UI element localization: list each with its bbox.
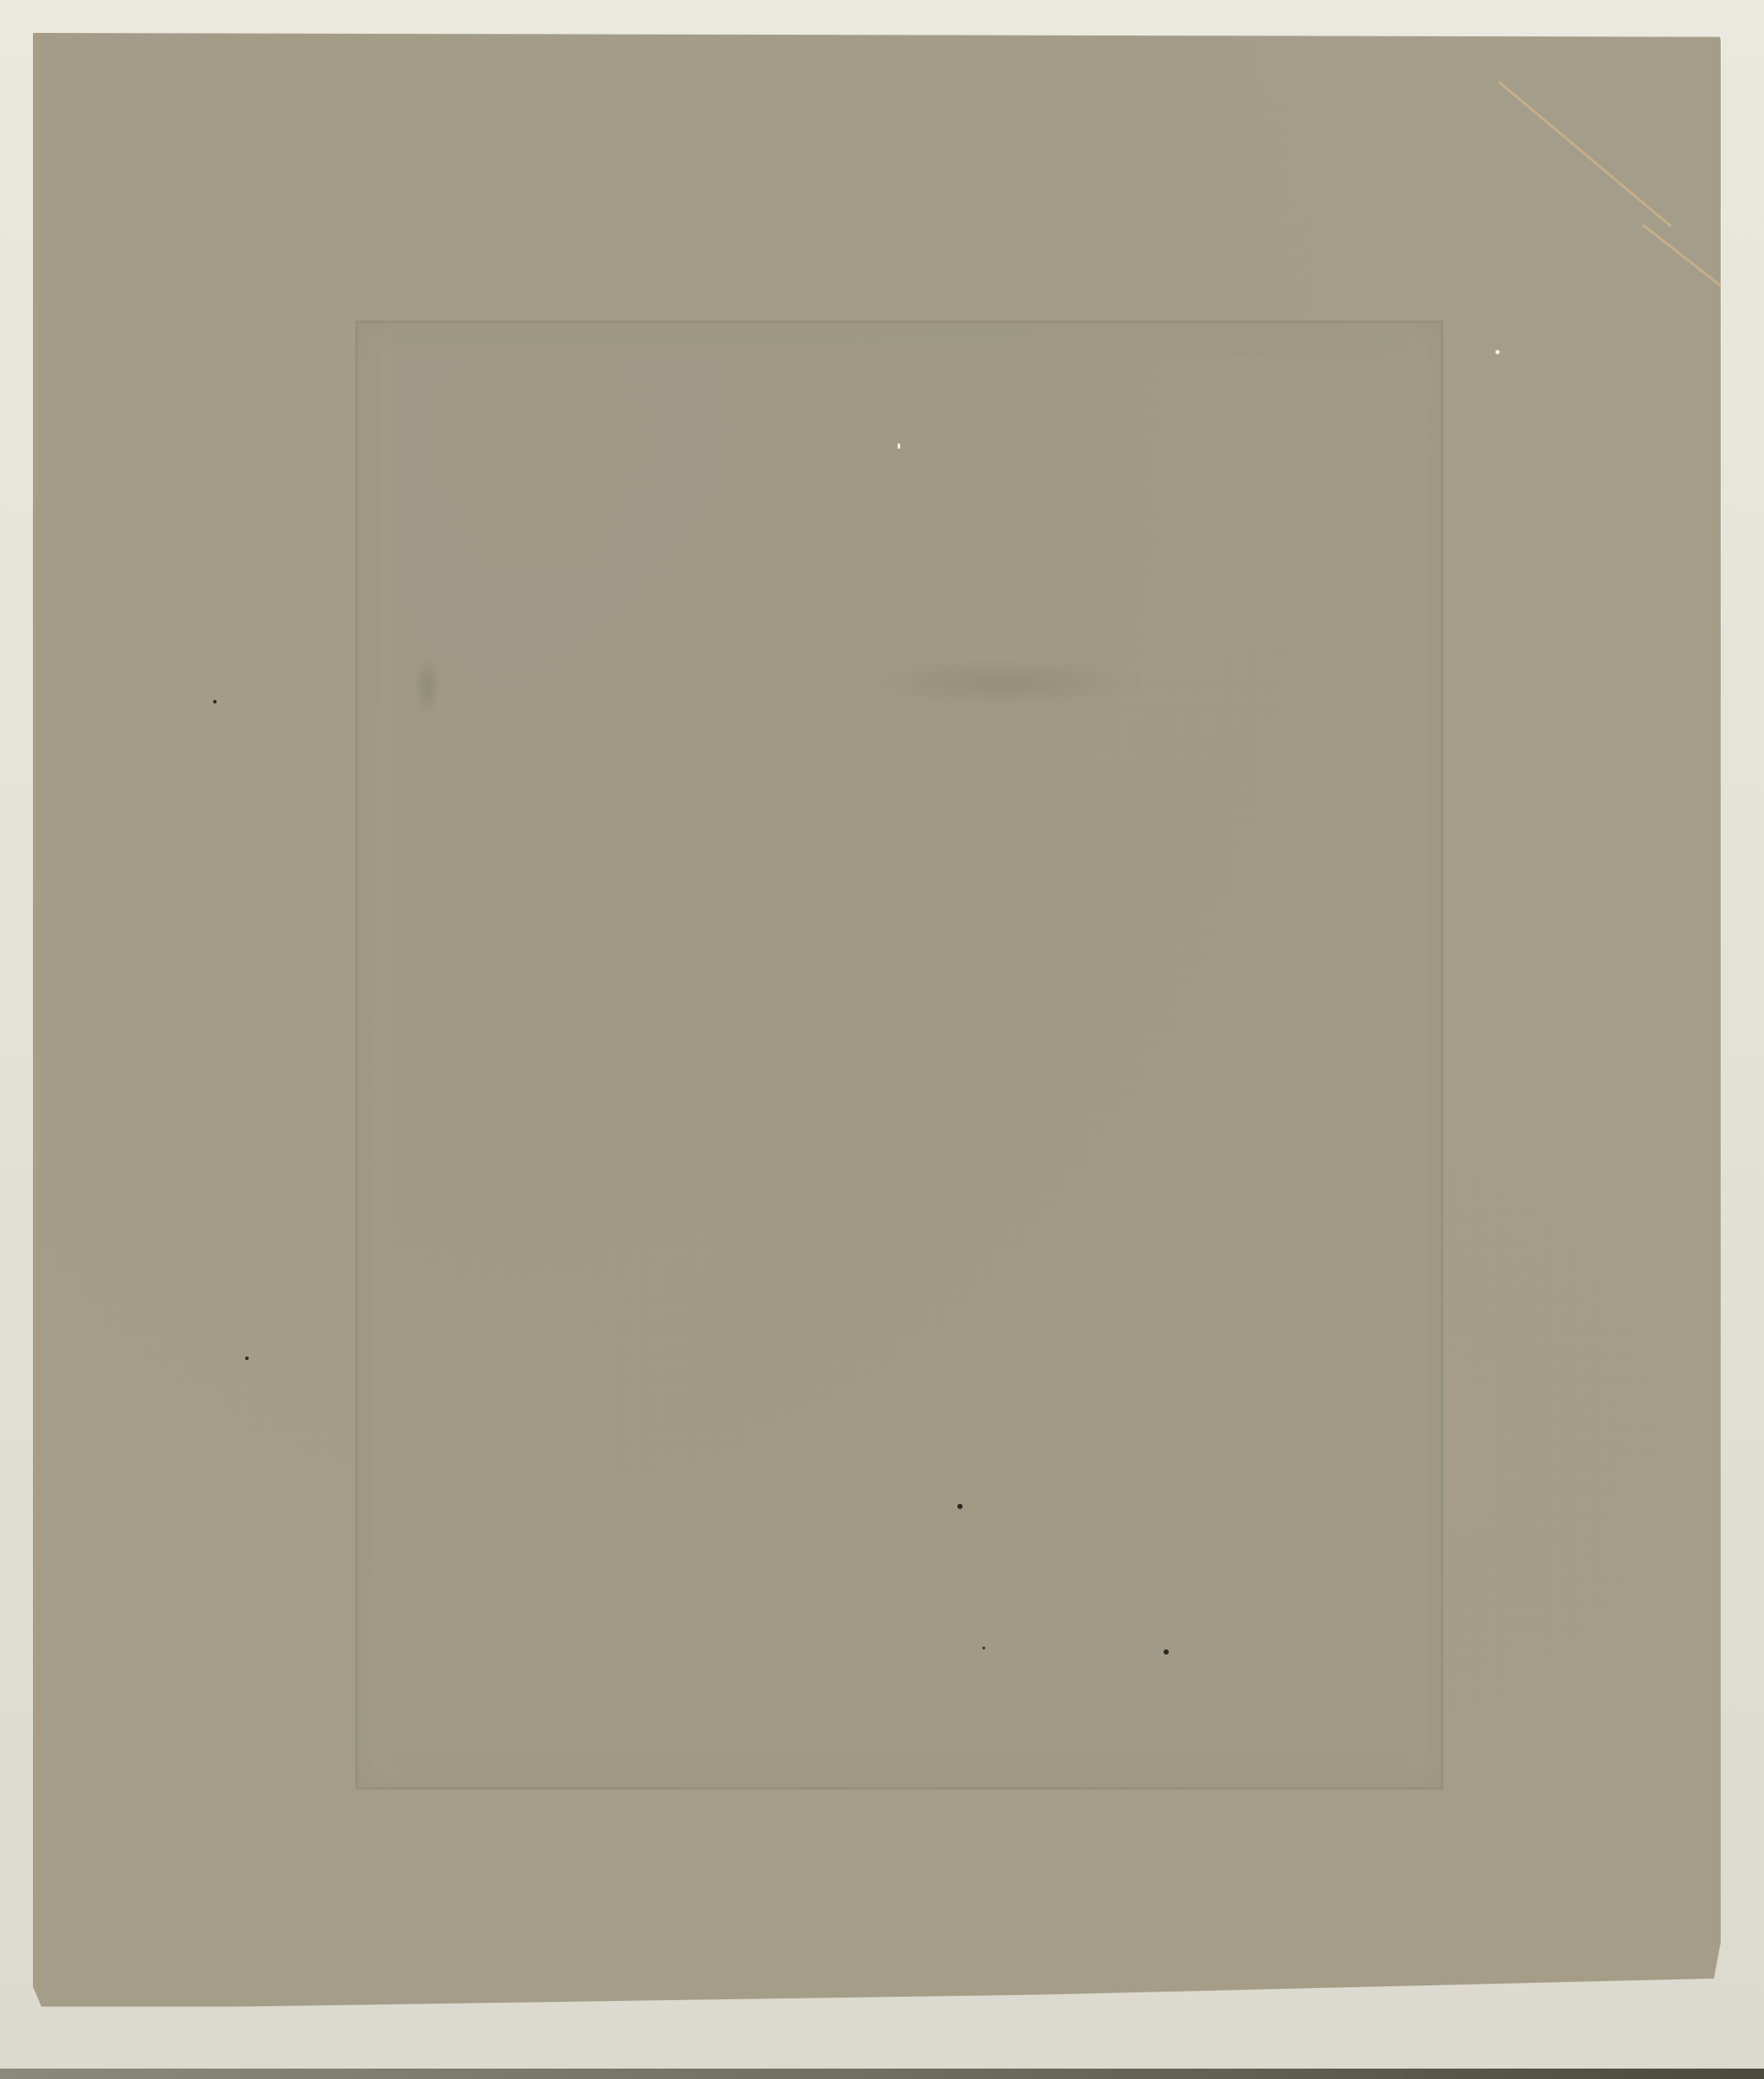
plate-mark	[355, 321, 1443, 1790]
paper-speck	[983, 1647, 985, 1649]
show-through-signature	[860, 657, 1146, 709]
frayed-left-edge	[33, 33, 40, 2047]
corner-crease	[1498, 81, 1672, 227]
paper-speck	[1164, 1649, 1169, 1655]
plate-mark-inner	[392, 332, 1406, 1770]
paper-speck	[213, 700, 217, 703]
paper-speck	[957, 1504, 963, 1509]
paper-speck-light	[898, 444, 900, 449]
paper-sheet	[33, 33, 1721, 2047]
paper-speck	[245, 1357, 249, 1360]
bottom-strip	[0, 2069, 1764, 2079]
show-through-mark	[414, 657, 440, 717]
paper-speck-light	[1495, 350, 1500, 354]
